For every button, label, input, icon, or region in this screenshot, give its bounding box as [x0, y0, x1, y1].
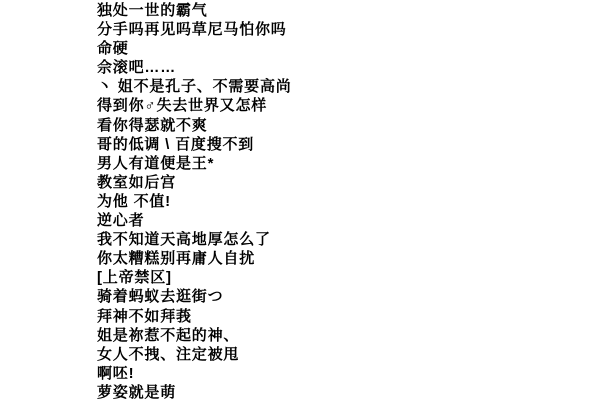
nickname-list: 独处一世的霸气 分手吗再见吗草尼马怕你吗 命硬 佘滚吧…… 丶 姐不是孔子、不需… [97, 1, 577, 400]
nickname-line: 男人有道便是王* [97, 154, 577, 173]
nickname-line: 拜神不如拜莪 [97, 307, 577, 326]
nickname-line: 哥的低调 \ 百度搜不到 [97, 135, 577, 154]
nickname-line: 女人不拽、注定被甩 [97, 345, 577, 364]
nickname-line: 独处一世的霸气 [97, 1, 577, 20]
nickname-line: 分手吗再见吗草尼马怕你吗 [97, 20, 577, 39]
nickname-line: 萝姿就是萌 [97, 383, 577, 400]
nickname-line: 姐是祢惹不起的神、 [97, 326, 577, 345]
nickname-line: 我不知道天高地厚怎么了 [97, 230, 577, 249]
nickname-line: 骑着蚂蚁去逛街つ [97, 287, 577, 306]
nickname-line: 命硬 [97, 39, 577, 58]
nickname-line: 为他 不值! [97, 192, 577, 211]
document-page: 独处一世的霸气 分手吗再见吗草尼马怕你吗 命硬 佘滚吧…… 丶 姐不是孔子、不需… [0, 0, 600, 400]
nickname-line: 你太糟糕别再庸人自扰 [97, 249, 577, 268]
nickname-line: 啊呸! [97, 364, 577, 383]
nickname-line: [上帝禁区] [97, 268, 577, 287]
nickname-line: 教室如后宫 [97, 173, 577, 192]
nickname-line: 丶 姐不是孔子、不需要高尚 [97, 77, 577, 96]
nickname-line: 逆心者 [97, 211, 577, 230]
nickname-line: 得到你♂失去世界又怎样 [97, 96, 577, 115]
nickname-line: 佘滚吧…… [97, 58, 577, 77]
nickname-line: 看你得瑟就不爽 [97, 116, 577, 135]
